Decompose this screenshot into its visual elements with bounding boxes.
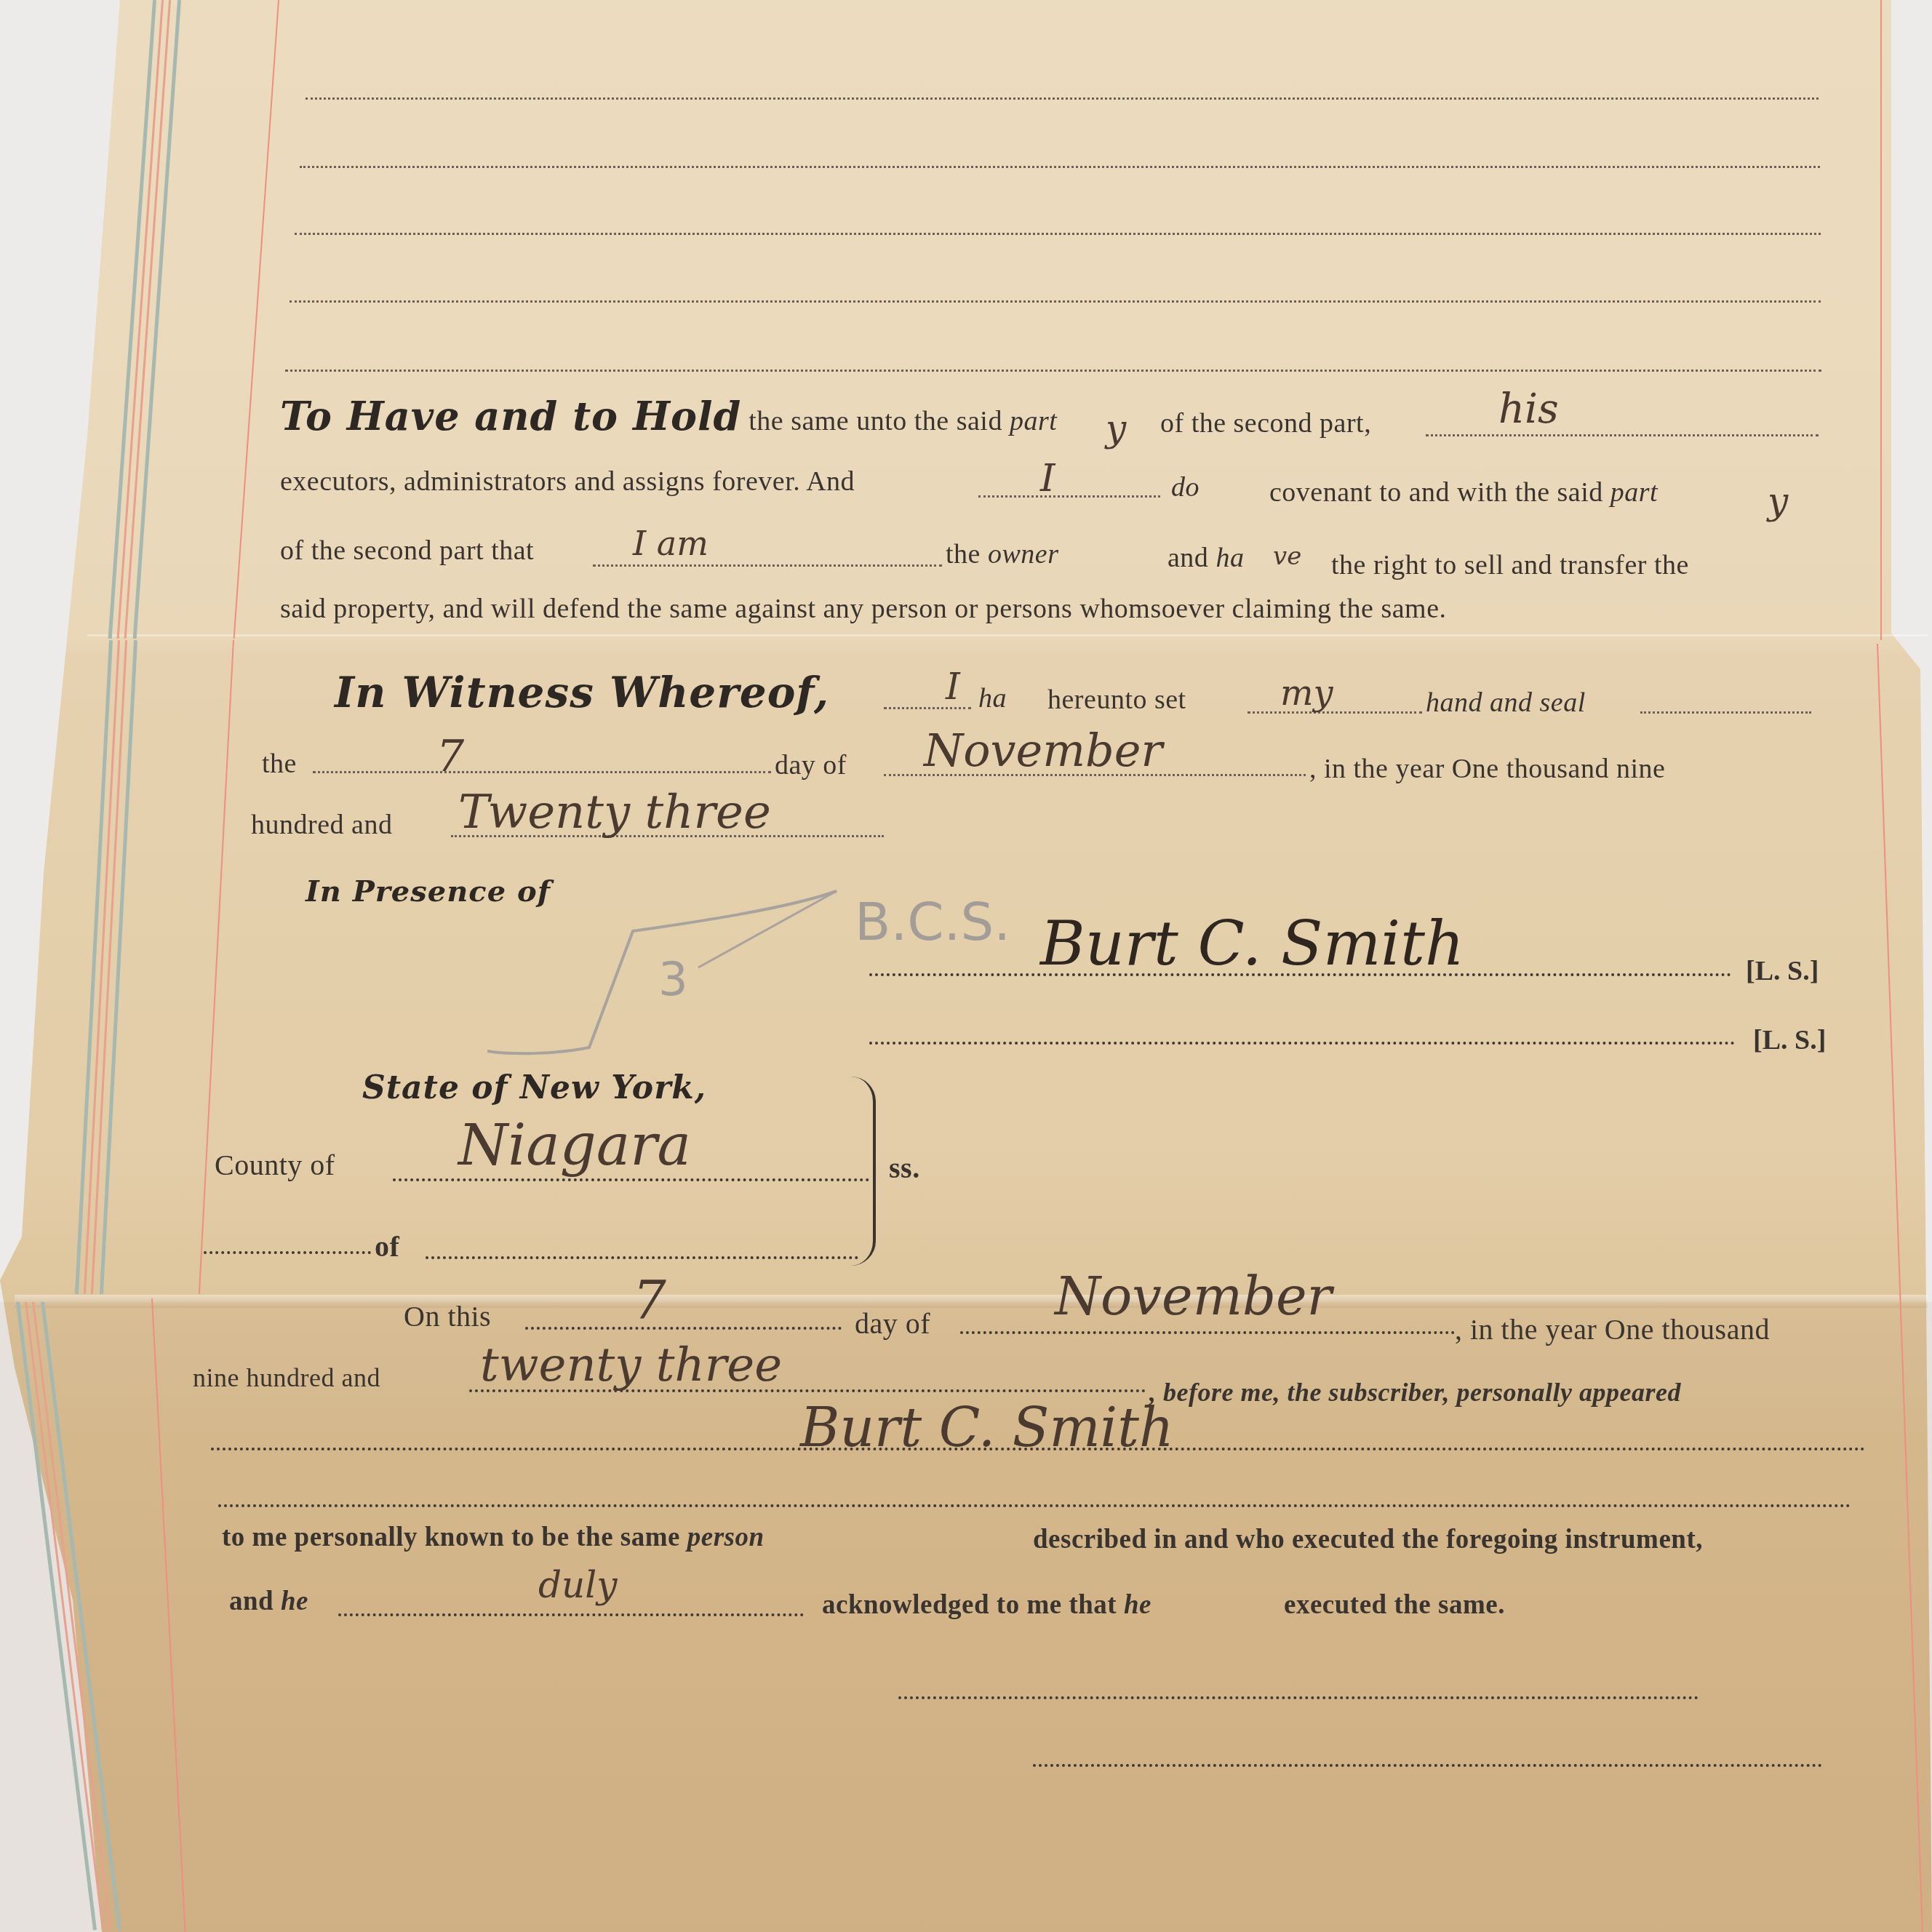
text-ack-year: , in the year One thousand [1455,1312,1770,1346]
fold-crease-lower [15,1295,1928,1308]
pencil-initials: B.C.S. [855,891,1010,952]
field-county[interactable] [393,1178,869,1181]
habendum-line-4: said property, and will defend the same … [280,593,1447,625]
field-ack-month[interactable] [960,1331,1455,1334]
text-owner: owner [988,539,1059,570]
text-he: he [1124,1590,1151,1620]
text: acknowledged to me that [822,1590,1117,1620]
habendum-line-3: of the second part that [280,535,534,567]
field-town[interactable] [204,1251,371,1254]
signature-1[interactable]: Burt C. Smith [1040,908,1464,979]
field-seal[interactable] [1640,711,1811,714]
text-ack-day-of: day of [855,1306,930,1341]
blank-line[interactable] [285,370,1821,372]
fill-have-suffix[interactable]: ve [1273,542,1301,571]
text-hereunto: hereunto set [1047,684,1186,716]
ss-label: ss. [889,1151,920,1185]
blank-line[interactable] [300,166,1820,168]
text: the same unto the said [749,406,1002,436]
text-party: part [1610,477,1658,508]
habendum-line-2b: covenant to and with the said part [1269,476,1658,508]
right-margin-line-upper [1880,0,1882,640]
field-subject[interactable] [978,495,1160,498]
text-ha: ha [1216,543,1244,573]
text-hand-seal: hand and seal [1426,687,1586,719]
of-label: of [375,1229,399,1264]
fill-i-am[interactable]: I am [633,524,708,563]
text-year-one-thousand-nine: , in the year One thousand nine [1309,753,1665,785]
text: covenant to and with the said [1269,477,1603,508]
state-heading: State of New York, [362,1069,706,1106]
fill-party-suffix-2[interactable]: y [1768,480,1788,522]
habendum-line-3c: and ha [1167,542,1244,574]
text: of the second part, [1160,408,1371,439]
text: and [229,1586,274,1616]
field-ack-day[interactable] [525,1327,842,1330]
text: the right to sell and transfer the [1331,550,1689,580]
fill-appeared-name[interactable]: Burt C. Smith [800,1397,1174,1459]
text-before-me: , before me, the subscriber, personally … [1149,1377,1681,1408]
text: executors, administrators and assigns fo… [280,466,855,497]
fill-year[interactable]: Twenty three [458,786,771,839]
text: of the second part that [280,535,534,566]
text-do: do [1171,471,1199,503]
fill-county[interactable]: Niagara [458,1113,691,1178]
text-day-of: day of [775,749,847,781]
text-hundred-and: hundred and [251,809,392,841]
habendum-line-3b: the owner [946,538,1058,570]
habendum-heading: To Have and to Hold [280,393,741,439]
text: said property, and will defend the same … [280,594,1447,624]
fill-month[interactable]: November [924,724,1162,777]
fill-ack-year[interactable]: twenty three [480,1338,782,1392]
county-label: County of [215,1148,335,1182]
field-day[interactable] [313,771,771,773]
field-pronoun[interactable] [1248,711,1422,714]
text-nine-hundred-and: nine hundred and [193,1362,380,1393]
habendum-line-3d: the right to sell and transfer the [1331,549,1689,581]
blank-line[interactable] [306,97,1819,100]
fill-I[interactable]: I [1040,457,1055,500]
text-on-this: On this [404,1299,491,1333]
pencil-mark-3: 3 [658,953,688,1007]
text-executed-same: executed the same. [1284,1589,1505,1621]
fill-party-suffix-1[interactable]: y [1106,407,1126,450]
ls-label-2: [L. S.] [1753,1024,1826,1056]
fill-ack-day[interactable]: 7 [633,1269,666,1330]
field-assigns[interactable] [1426,434,1819,436]
blank-line[interactable] [290,300,1821,303]
habendum-line-1: To Have and to Hold the same unto the sa… [280,393,1057,439]
habendum-line-1b: of the second part, [1160,407,1371,439]
text-acknowledged: acknowledged to me that he [822,1589,1151,1621]
fill-my[interactable]: my [1280,673,1333,714]
text-person: person [687,1522,765,1552]
blank-line[interactable] [295,233,1821,235]
field-i-am[interactable] [593,564,942,567]
witness-heading: In Witness Whereof, [335,668,829,717]
text: the [946,539,981,570]
fill-ack-month[interactable]: November [1055,1266,1332,1327]
habendum-line-2: executors, administrators and assigns fo… [280,466,855,498]
field-appeared-2[interactable] [218,1504,1851,1507]
text-he: he [281,1586,308,1616]
field-duly[interactable] [338,1613,804,1616]
text-and: and he [229,1586,308,1617]
fill-his[interactable]: his [1498,386,1559,433]
field-town-of[interactable] [426,1256,858,1259]
fill-duly[interactable]: duly [538,1564,617,1606]
notary-title-line[interactable] [1033,1764,1822,1767]
venue-brace [851,1077,876,1266]
text-known: to me personally known to be the same pe… [222,1522,765,1553]
text: to me personally known to be the same [222,1522,680,1552]
signature-line-2[interactable] [869,1042,1735,1045]
fold-crease-upper [87,634,1928,636]
ls-label-1: [L. S.] [1746,955,1819,987]
text-known-b: described in and who executed the forego… [1033,1524,1703,1555]
text: and [1167,543,1208,573]
text-ha: ha [978,682,1007,714]
notary-signature-line[interactable] [898,1696,1699,1699]
text-the: the [262,748,297,780]
text-party: part [1010,406,1057,436]
fill-subject-witness[interactable]: I [946,666,960,708]
fill-day[interactable]: 7 [436,731,464,782]
